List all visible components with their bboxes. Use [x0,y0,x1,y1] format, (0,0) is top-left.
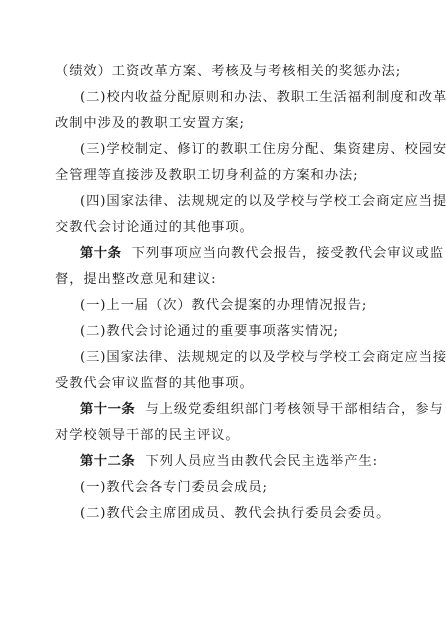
article-12-title: 第十二条 [80,454,135,469]
article-12-line-1: 第十二条 下列人员应当由教代会民主选举产生: [80,453,420,470]
list-item: (二)教代会讨论通过的重要事项落实情况; [80,323,420,340]
text-line: (二)校内收益分配原则和办法、教职工生活福利制度和改革 [80,89,420,106]
article-10-title: 第十条 [80,246,121,261]
text-line: 改制中涉及的教职工安置方案; [55,115,395,132]
text-line: 交教代会讨论通过的其他事项。 [55,219,395,236]
article-11-line-2: 对学校领导干部的民主评议。 [55,427,395,444]
article-10-line-2: 督，提出整改意见和建议: [55,271,395,288]
list-item: (三)国家法律、法规规定的以及学校与学校工会商定应当接 [80,349,420,366]
article-10-line-1: 第十条 下列事项应当向教代会报告，接受教代会审议或监 [80,245,420,262]
list-item: (二)教代会主席团成员、教代会执行委员会委员。 [80,505,420,522]
text-line: (四)国家法律、法规规定的以及学校与学校工会商定应当提 [80,193,420,210]
list-item: (一)教代会各专门委员会成员; [80,479,420,496]
text-line: （绩效）工资改革方案、考核及与考核相关的奖惩办法; [55,63,395,80]
article-11-title: 第十一条 [80,402,135,417]
document-page: （绩效）工资改革方案、考核及与考核相关的奖惩办法; (二)校内收益分配原则和办法… [0,0,446,634]
text-line: 全管理等直接涉及教职工切身利益的方案和办法; [55,167,395,184]
list-item: (一)上一届（次）教代会提案的办理情况报告; [80,297,420,314]
text-line: (三)学校制定、修订的教职工住房分配、集资建房、校园安 [80,141,420,158]
article-11-line-1: 第十一条 与上级党委组织部门考核领导干部相结合，参与 [80,401,420,418]
text-line: 受教代会审议监督的其他事项。 [55,375,395,392]
